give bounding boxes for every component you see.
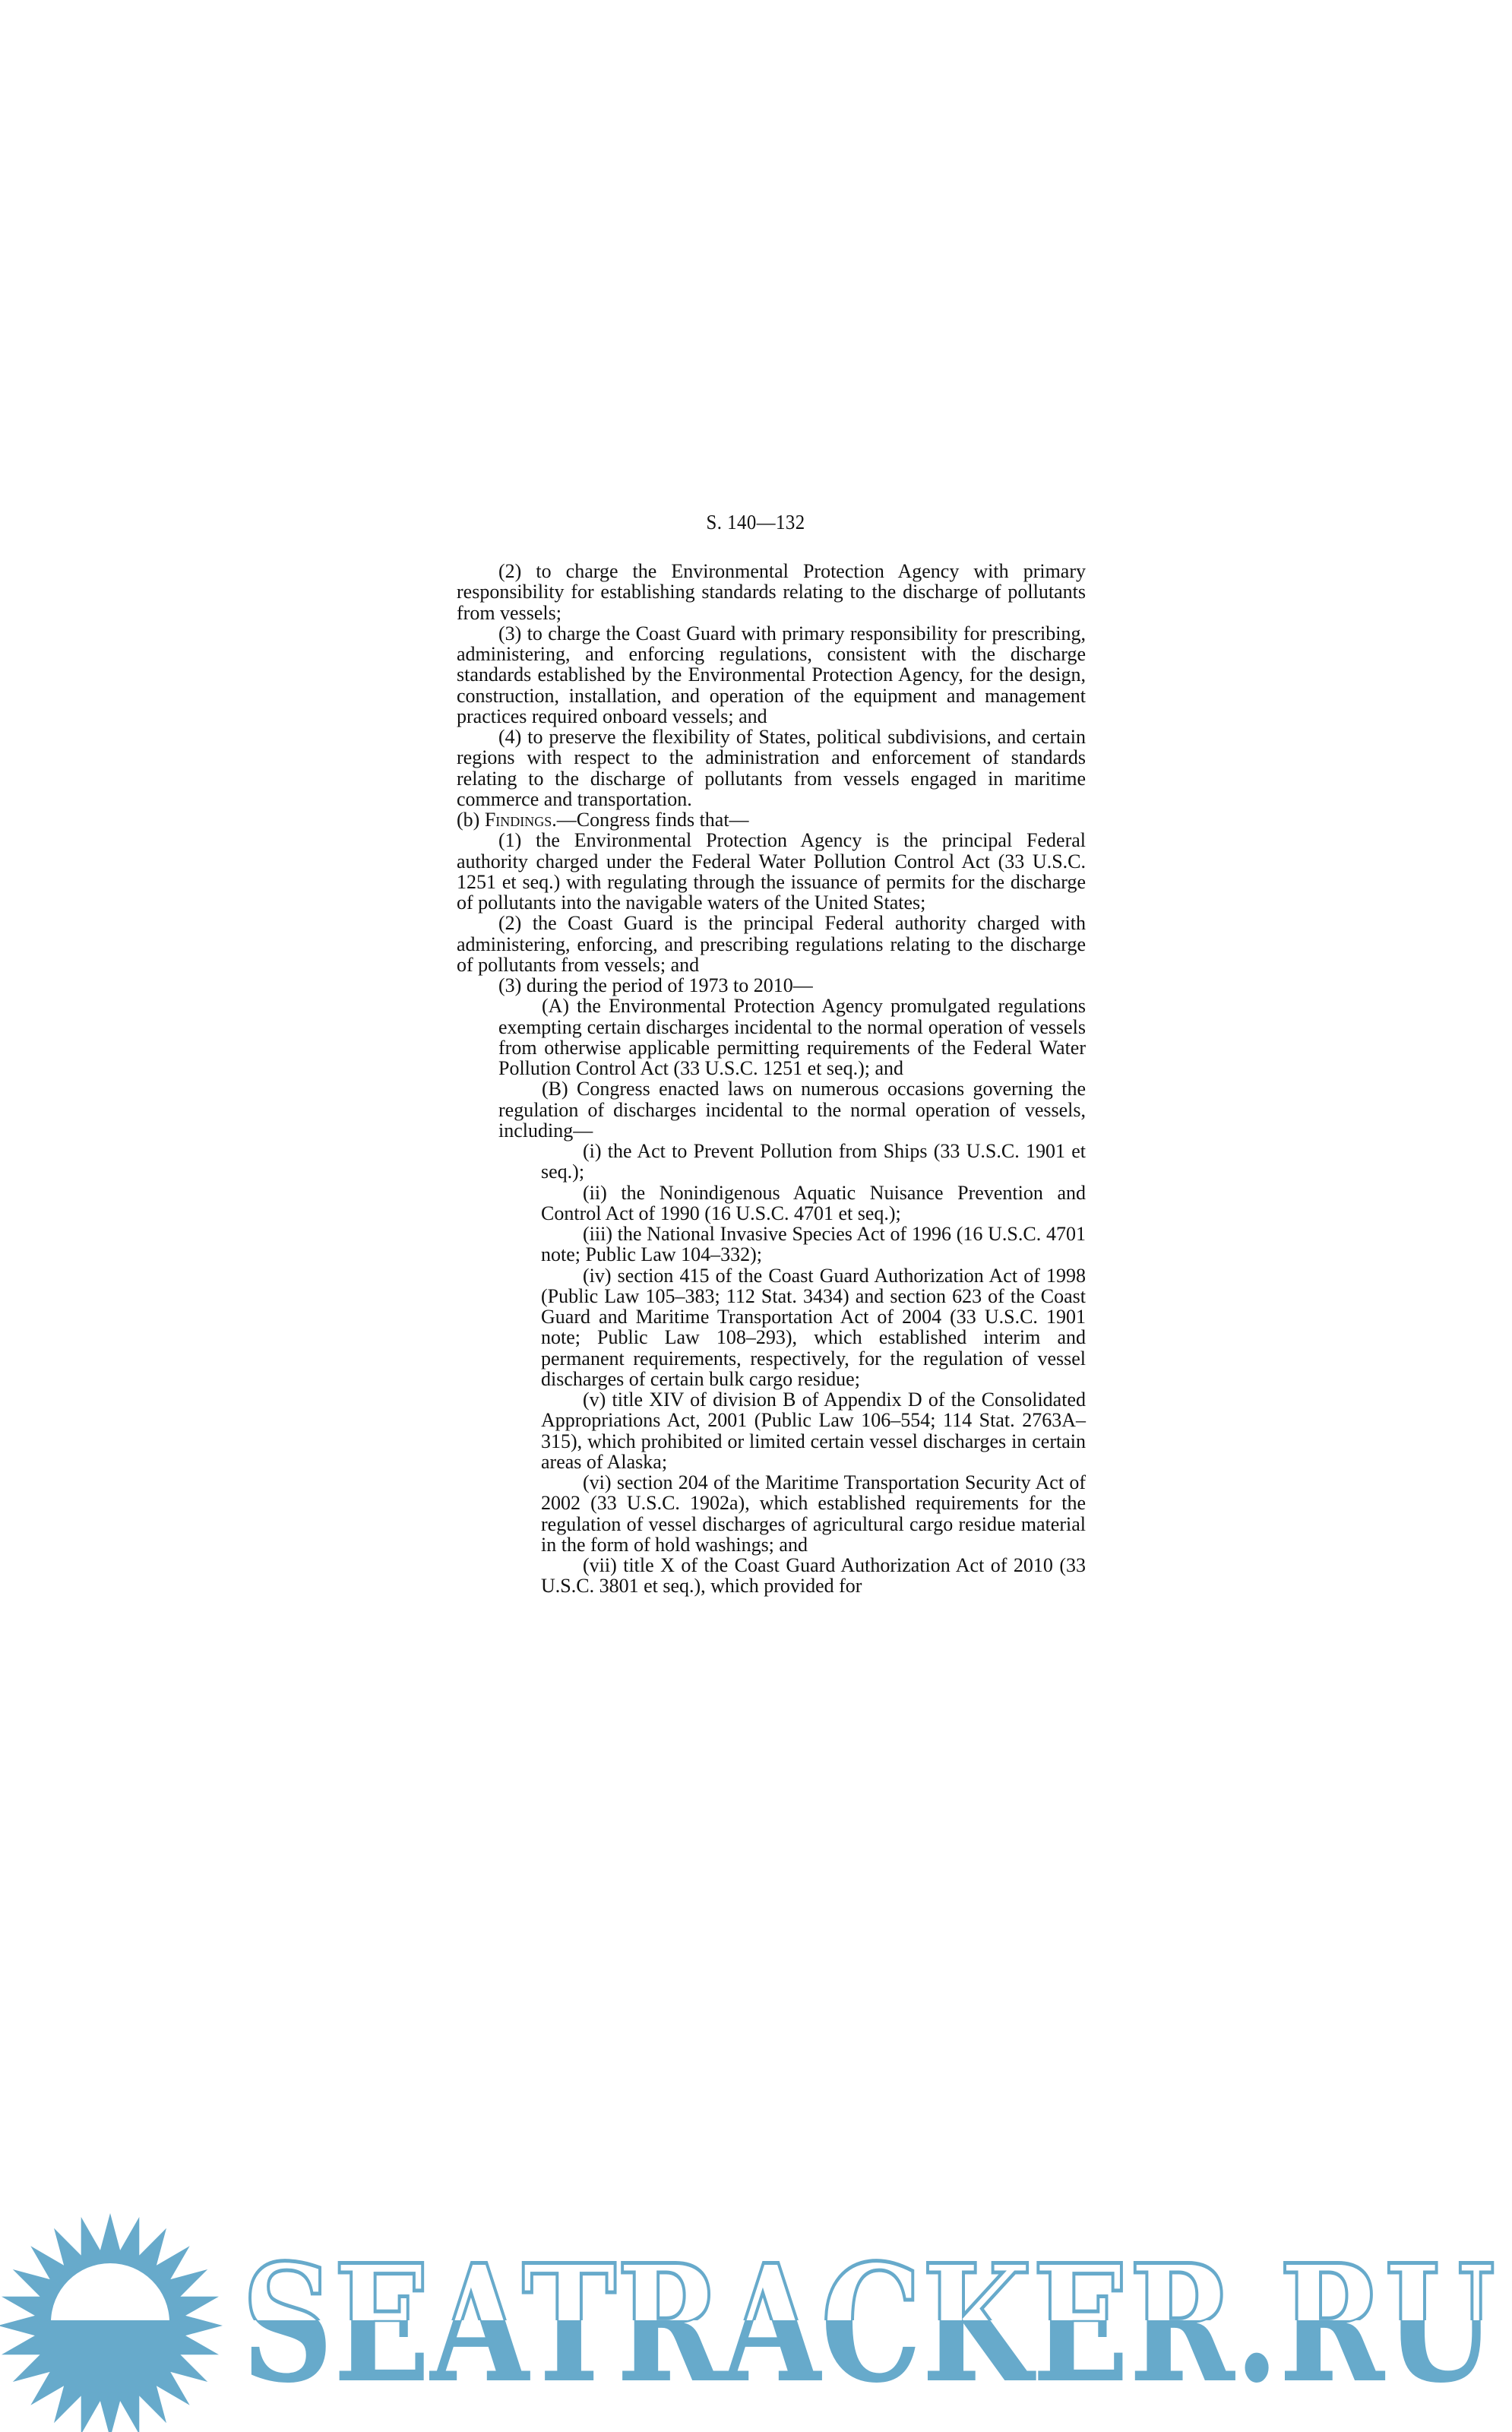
paragraph: (B) Congress enacted laws on numerous oc… — [457, 1078, 1086, 1141]
paragraph-text: (B) Congress enacted laws on numerous oc… — [498, 1078, 1086, 1142]
paragraph: (iv) section 415 of the Coast Guard Auth… — [457, 1265, 1086, 1390]
paragraph: (2) to charge the Environmental Protecti… — [457, 561, 1086, 623]
paragraph-text: (3) during the period of 1973 to 2010— — [498, 974, 813, 996]
paragraph-text: (A) the Environmental Protection Agency … — [498, 995, 1086, 1079]
paragraph-text: (i) the Act to Prevent Pollution from Sh… — [541, 1140, 1086, 1183]
paragraph: (3) during the period of 1973 to 2010— — [457, 975, 1086, 996]
paragraph: (4) to preserve the flexibility of State… — [457, 727, 1086, 809]
watermark-text: SEATRACKER.RU SEATRACKER.RU — [242, 2229, 1495, 2418]
paragraph: (i) the Act to Prevent Pollution from Sh… — [457, 1141, 1086, 1183]
paragraph: (3) to charge the Coast Guard with prima… — [457, 623, 1086, 727]
paragraph-text: (vi) section 204 of the Maritime Transpo… — [541, 1471, 1086, 1556]
paragraph: (2) the Coast Guard is the principal Fed… — [457, 913, 1086, 975]
paragraph: (b) Findings.—Congress finds that— — [457, 809, 1086, 830]
paragraph: (vii) title X of the Coast Guard Authori… — [457, 1555, 1086, 1597]
paragraph-text: (3) to charge the Coast Guard with prima… — [457, 622, 1086, 727]
paragraph-text: (ii) the Nonindigenous Aquatic Nuisance … — [541, 1182, 1086, 1224]
paragraph: (1) the Environmental Protection Agency … — [457, 830, 1086, 913]
paragraph: (A) the Environmental Protection Agency … — [457, 996, 1086, 1078]
paragraph-text: (v) title XIV of division B of Appendix … — [541, 1389, 1086, 1473]
page-number-header: S. 140—132 — [60, 511, 1451, 534]
subsection-heading: Findings — [485, 809, 552, 831]
paragraph-text: (iii) the National Invasive Species Act … — [541, 1223, 1086, 1265]
paragraph-text: (2) the Coast Guard is the principal Fed… — [457, 912, 1086, 976]
paragraph-text: (4) to preserve the flexibility of State… — [457, 726, 1086, 810]
paragraph: (ii) the Nonindigenous Aquatic Nuisance … — [457, 1183, 1086, 1224]
paragraph: (vi) section 204 of the Maritime Transpo… — [457, 1472, 1086, 1555]
paragraph-text: (iv) section 415 of the Coast Guard Auth… — [541, 1265, 1086, 1390]
paragraph-text: (1) the Environmental Protection Agency … — [457, 829, 1086, 914]
paragraph-text: (2) to charge the Environmental Protecti… — [457, 560, 1086, 624]
paragraph: (iii) the National Invasive Species Act … — [457, 1224, 1086, 1265]
sun-icon — [0, 2213, 223, 2432]
paragraph-text: .—Congress finds that— — [552, 809, 748, 831]
paragraph: (v) title XIV of division B of Appendix … — [457, 1389, 1086, 1472]
document-body: (2) to charge the Environmental Protecti… — [457, 561, 1086, 1597]
watermark-logo: SEATRACKER.RU SEATRACKER.RU — [0, 2189, 1512, 2432]
subsection-label: (b) — [457, 809, 485, 831]
paragraph-text: (vii) title X of the Coast Guard Authori… — [541, 1554, 1086, 1597]
